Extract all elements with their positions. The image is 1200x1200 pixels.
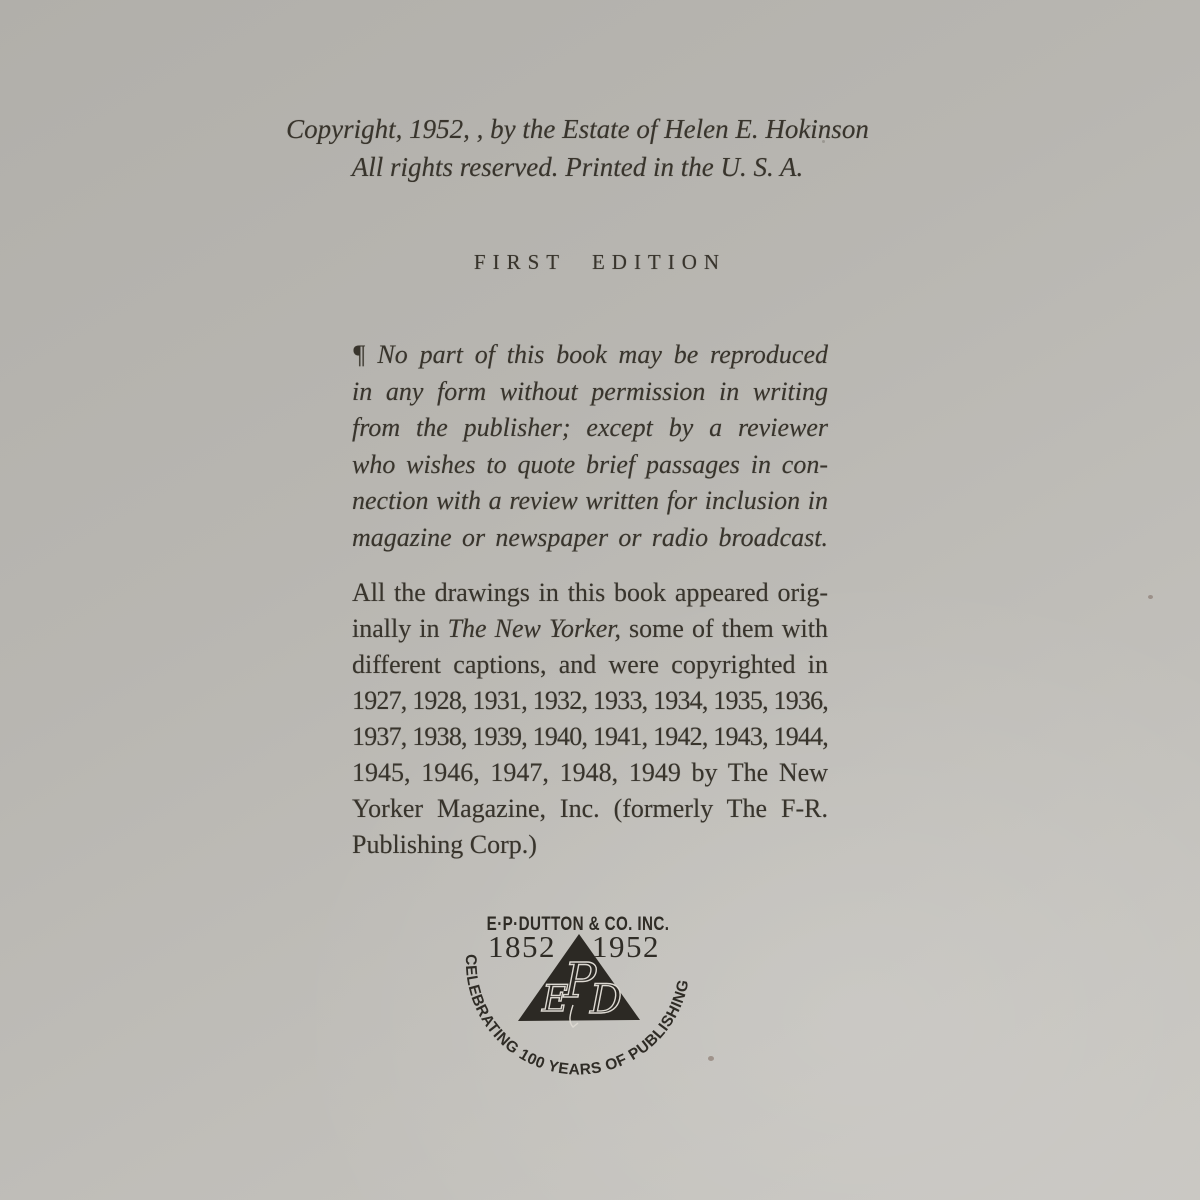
rights-line-1: ¶ No part of this book may be reproduced [352,337,828,374]
paper-speck [708,1056,714,1061]
drawings-line-4: 1927, 1928, 1931, 1932, 1933, 1934, 1935… [352,683,828,719]
copyright-line-2: All rights reserved. Printed in the U. S… [0,148,1155,186]
rights-paragraph: ¶ No part of this book may be reproduced… [352,337,828,556]
book-copyright-page: Copyright, 1952, , by the Estate of Hele… [0,0,1200,1200]
drawings-line-5: 1937, 1938, 1939, 1940, 1941, 1942, 1943… [352,719,828,755]
paper-speck [1148,595,1153,599]
drawings-line-6: 1945, 1946, 1947, 1948, 1949 by The New [352,755,828,791]
year-founded: 1852 [488,929,556,964]
rights-line-4: who wishes to quote brief passages in co… [352,447,828,484]
copyright-line-1: Copyright, 1952, , by the Estate of Hele… [0,110,1155,148]
dutton-colophon: E·P·DUTTON & CO. INC. 1852 1952 P E D CE… [440,893,720,1093]
drawings-line-1: All the drawings in this book appeared o… [352,575,828,611]
rights-line-5: nection with a review written for inclus… [352,483,828,520]
year-current: 1952 [592,929,660,964]
drawings-line-3: different captions, and were copyrighted… [352,647,828,683]
drawings-line-2: inally in The New Yorker, some of them w… [352,611,828,647]
rights-line-2: in any form without permission in writin… [352,374,828,411]
drawings-line-2-roman-start: inally in [352,614,440,643]
rights-line-6: magazine or newspaper or radio broadcast… [352,520,828,557]
monogram-letter-d: D [589,977,622,1023]
magazine-title: The New Yorker, [448,614,621,643]
rights-line-3: from the publisher; except by a reviewer [352,410,828,447]
drawings-line-7: Yorker Magazine, Inc. (formerly The F-R. [352,791,828,827]
edition-statement: FIRST EDITION [10,250,1190,275]
copyright-notice: Copyright, 1952, , by the Estate of Hele… [0,110,1155,186]
paper-speck [822,140,825,143]
monogram-letter-e: E [541,979,568,1020]
drawings-line-8: Publishing Corp.) [352,827,828,863]
drawings-paragraph: All the drawings in this book appeared o… [352,575,828,863]
drawings-line-2-roman-end: some of them with [629,614,828,643]
